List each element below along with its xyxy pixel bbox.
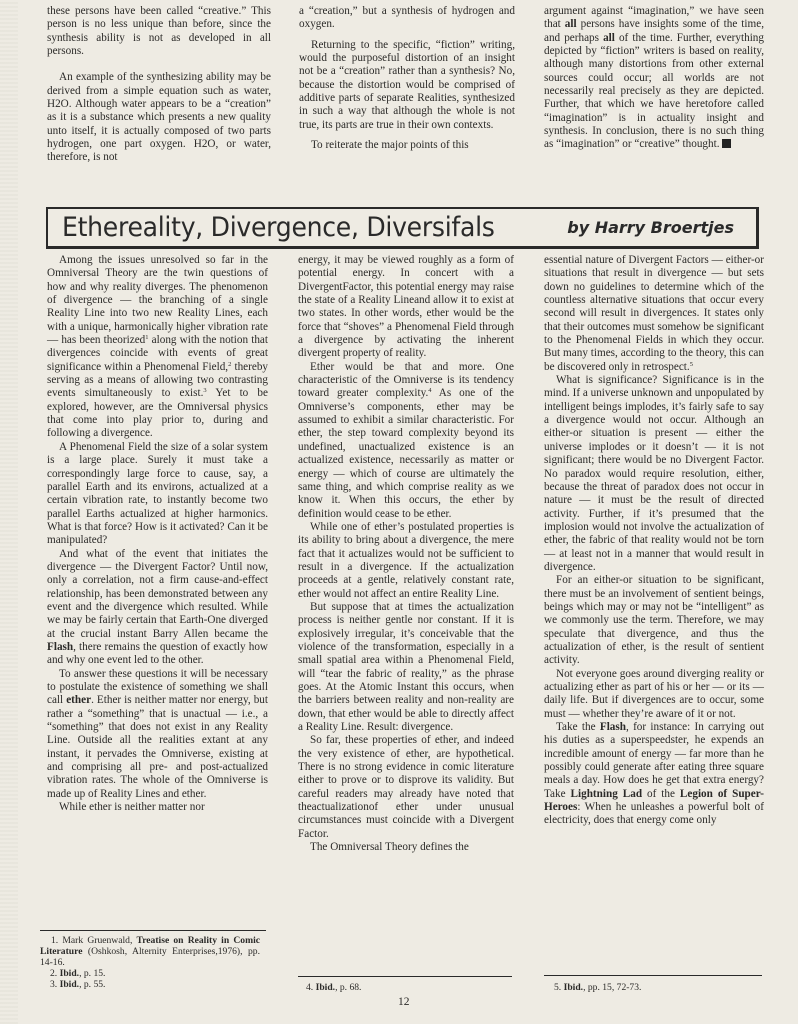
footnote-4: 4. Ibid., p. 68. [306, 982, 506, 993]
scan-edge-texture [0, 0, 18, 1024]
article-title: Ethereality, Divergence, Diversifals [62, 212, 495, 243]
paragraph: A Phenomenal Field the size of a solar s… [47, 441, 268, 548]
article-column-3: essential nature of Divergent Factors — … [544, 254, 764, 828]
paragraph: To answer these questions it will be nec… [47, 668, 268, 801]
footnotes-column-2: 4. Ibid., p. 68. [306, 982, 506, 993]
footnote-ref: 5 [690, 361, 693, 368]
article-column-1: Among the issues unresolved so far in th… [47, 254, 268, 814]
paragraph: While ether is neither matter nor [47, 801, 268, 814]
paragraph: Among the issues unresolved so far in th… [47, 254, 268, 441]
paragraph: An example of the synthesizing ability m… [47, 71, 271, 164]
paragraph: So far, these properties of ether, and i… [298, 734, 514, 841]
footnotes-column-1: 1. Mark Gruenwald, Treatise on Reality i… [40, 935, 260, 990]
paragraph: And what of the event that initiates the… [47, 548, 268, 668]
prev-article-column-3: argument against “imagination,” we have … [544, 5, 764, 152]
paragraph: The Omniversal Theory defines the [298, 841, 514, 854]
paragraph: To reiterate the major points of this [299, 139, 515, 152]
prev-article-column-1: these persons have been called “creative… [47, 5, 271, 165]
page-number: 12 [398, 996, 410, 1008]
paragraph: Returning to the specific, “fiction” wri… [299, 39, 515, 132]
paragraph: But suppose that at times the actualizat… [298, 601, 514, 734]
footnote-divider [544, 975, 762, 976]
footnote-divider [298, 976, 512, 977]
paragraph: Not everyone goes around diverging reali… [544, 668, 764, 721]
footnote-5: 5. Ibid., pp. 15, 72-73. [554, 982, 754, 993]
article-column-2: energy, it may be viewed roughly as a fo… [298, 254, 514, 854]
paragraph: Ether would be that and more. One charac… [298, 361, 514, 521]
end-mark-icon [722, 139, 731, 148]
paragraph: While one of ether’s postulated properti… [298, 521, 514, 601]
footnote-1: 1. Mark Gruenwald, Treatise on Reality i… [40, 935, 260, 968]
footnote-divider [40, 930, 266, 931]
paragraph: Take the Flash, for instance: In carryin… [544, 721, 764, 828]
paragraph: these persons have been called “creative… [47, 5, 271, 58]
article-title-box: Ethereality, Divergence, Diversifals by … [46, 207, 759, 249]
prev-article-column-2: a “creation,” but a synthesis of hydroge… [299, 5, 515, 152]
paragraph: For an either-or situation to be signifi… [544, 574, 764, 667]
article-byline: by Harry Broertjes [567, 218, 734, 237]
footnote-3: 3. Ibid., p. 55. [40, 979, 260, 990]
footnote-2: 2. Ibid., p. 15. [40, 968, 260, 979]
paragraph: argument against “imagination,” we have … [544, 5, 764, 152]
magazine-page: these persons have been called “creative… [0, 0, 798, 1024]
paragraph: a “creation,” but a synthesis of hydroge… [299, 5, 515, 32]
paragraph: energy, it may be viewed roughly as a fo… [298, 254, 514, 361]
footnotes-column-3: 5. Ibid., pp. 15, 72-73. [554, 982, 754, 993]
paragraph: What is significance? Significance is in… [544, 374, 764, 574]
paragraph: essential nature of Divergent Factors — … [544, 254, 764, 374]
